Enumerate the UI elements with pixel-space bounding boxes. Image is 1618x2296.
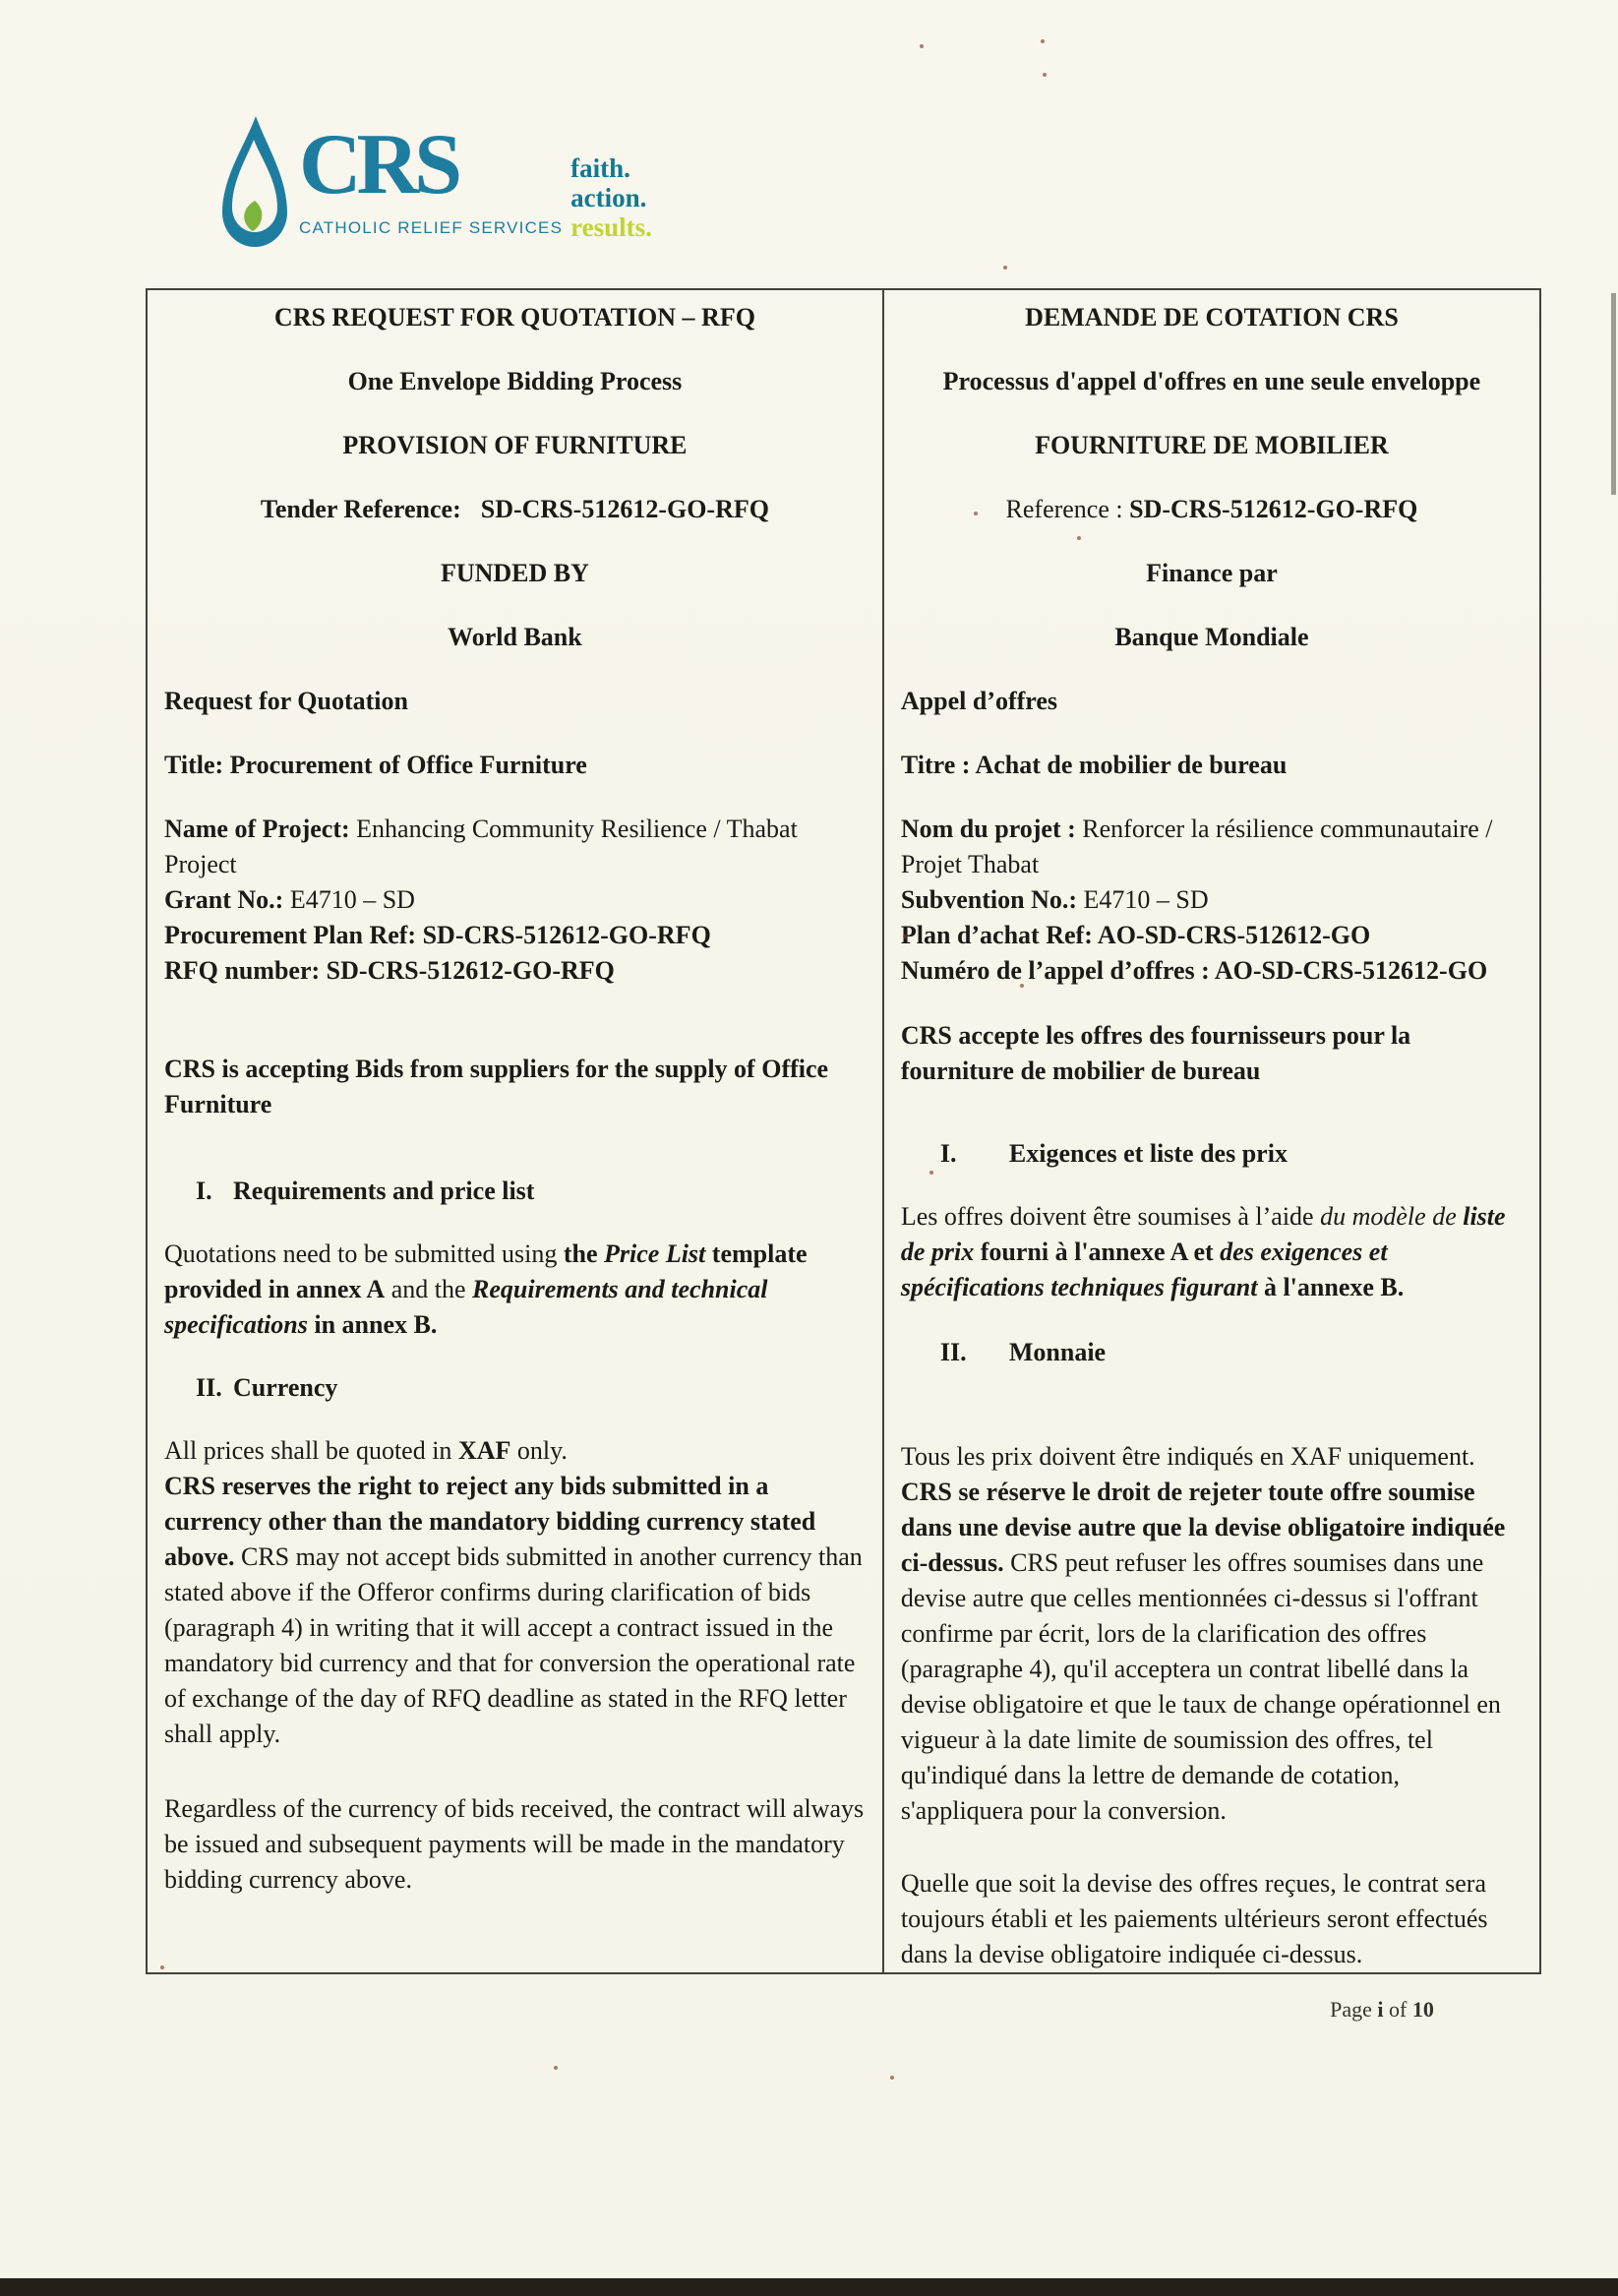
scan-speck (903, 935, 907, 938)
fr-reference-value: SD-CRS-512612-GO-RFQ (1129, 495, 1417, 523)
en-funder: World Bank (164, 620, 866, 655)
en-tender-label: Tender Reference: (261, 495, 461, 523)
crs-wordmark: CRS CATHOLIC RELIEF SERVICES (299, 114, 563, 238)
fr-section2-number: II. (901, 1335, 1009, 1370)
en-project-block: Name of Project: Enhancing Community Res… (164, 812, 866, 989)
crs-logo: CRS CATHOLIC RELIEF SERVICES faith. acti… (216, 114, 652, 265)
fr-process-line: Processus d'appel d'offres en une seule … (901, 364, 1523, 399)
fr-currency-rest: CRS peut refuser les offres soumises dan… (901, 1548, 1501, 1825)
en-section2-heading: II. Currency (164, 1370, 866, 1406)
en-price-r2: only. (510, 1436, 568, 1465)
tagline-faith: faith. (570, 153, 652, 183)
en-process-line: One Envelope Bidding Process (164, 364, 866, 399)
fr-reference-line: Reference : SD-CRS-512612-GO-RFQ (901, 492, 1523, 527)
en-quot-b3: in annex B. (308, 1310, 438, 1339)
fr-quotations-paragraph: Les offres doivent être soumises à l’aid… (901, 1199, 1523, 1305)
tagline-action: action. (570, 183, 652, 212)
rfq-bilingual-table: CRS REQUEST FOR QUOTATION – RFQ One Enve… (146, 288, 1541, 1974)
en-section2-title: Currency (233, 1370, 337, 1406)
fr-quot-r1: Les offres doivent être soumises à l’aid… (901, 1202, 1320, 1231)
en-title-line: Title: Procurement of Office Furniture (164, 748, 866, 783)
en-currency-rest: CRS may not accept bids submitted in ano… (164, 1542, 863, 1748)
tagline-results: results. (570, 212, 652, 242)
fr-price-line: Tous les prix doivent être indiqués en X… (901, 1442, 1475, 1471)
en-tender-value: SD-CRS-512612-GO-RFQ (481, 495, 769, 523)
footer-prefix: Page (1330, 1997, 1377, 2022)
fr-funder: Banque Mondiale (901, 620, 1523, 655)
footer-of: of (1384, 1997, 1412, 2022)
scan-speck (929, 1171, 933, 1175)
en-quot-bi1: Price List (604, 1239, 705, 1268)
en-price-currency: XAF (458, 1436, 510, 1465)
en-grant-label: Grant No.: (164, 885, 283, 914)
fr-section1-heading: I. Exigences et liste des prix (901, 1136, 1523, 1172)
fr-grant-label: Subvention No.: (901, 885, 1077, 914)
fr-quot-i1: du modèle de (1320, 1202, 1463, 1231)
fr-doc-title: DEMANDE DE COTATION CRS (901, 300, 1523, 335)
en-currency-paragraph: All prices shall be quoted in XAF only.C… (164, 1433, 866, 1752)
fr-section2-heading: II. Monnaie (901, 1335, 1523, 1370)
fr-project-block: Nom du projet : Renforcer la résilience … (901, 812, 1523, 989)
fr-reference-label: Reference : (1006, 495, 1130, 523)
en-rfq-heading: Request for Quotation (164, 684, 866, 719)
en-section1-number: I. (164, 1174, 233, 1209)
crs-teardrop-icon (216, 114, 293, 265)
fr-grant-value: E4710 – SD (1077, 885, 1209, 914)
scan-speck (1020, 984, 1024, 988)
scan-speck (1041, 39, 1045, 43)
en-grant-line: Grant No.: E4710 – SD (164, 882, 866, 918)
scanned-document-page: CRS CATHOLIC RELIEF SERVICES faith. acti… (0, 0, 1618, 2296)
en-quotations-paragraph: Quotations need to be submitted using th… (164, 1237, 866, 1343)
fr-grant-line: Subvention No.: E4710 – SD (901, 882, 1523, 918)
en-section1-title: Requirements and price list (233, 1174, 534, 1209)
en-quot-r1: Quotations need to be submitted using (164, 1239, 564, 1268)
en-project-label: Name of Project: (164, 815, 350, 843)
fr-project-label: Nom du projet : (901, 815, 1076, 843)
fr-accepting-line: CRS accepte les offres des fournisseurs … (901, 1018, 1523, 1089)
fr-quot-b2: à l'annexe B. (1257, 1273, 1404, 1301)
fr-quot-b1: fourni à l'annexe A et (974, 1238, 1220, 1266)
en-doc-title: CRS REQUEST FOR QUOTATION – RFQ (164, 300, 866, 335)
fr-section1-title: Exigences et liste des prix (1009, 1136, 1288, 1172)
scan-bottom-edge (0, 2278, 1618, 2296)
en-section1-heading: I. Requirements and price list (164, 1174, 866, 1209)
scan-speck (920, 44, 924, 48)
scan-speck (974, 512, 978, 515)
scan-speck (554, 2066, 558, 2070)
fr-section2-title: Monnaie (1009, 1335, 1106, 1370)
fr-rfq-number-line: Numéro de l’appel d’offres : AO-SD-CRS-5… (901, 953, 1523, 989)
fr-subject-line: FOURNITURE DE MOBILIER (901, 428, 1523, 463)
column-french: DEMANDE DE COTATION CRS Processus d'appe… (882, 290, 1539, 1972)
fr-rfq-heading: Appel d’offres (901, 684, 1523, 719)
scan-speck (1077, 536, 1081, 540)
crs-tagline: faith. action. results. (570, 153, 652, 242)
en-section2-number: II. (164, 1370, 233, 1406)
fr-section1-number: I. (901, 1136, 1009, 1172)
en-accepting-line: CRS is accepting Bids from suppliers for… (164, 1052, 866, 1122)
crs-abbrev: CRS (299, 114, 563, 216)
scan-speck (1003, 266, 1007, 270)
en-regardless-paragraph: Regardless of the currency of bids recei… (164, 1791, 866, 1898)
fr-regardless-paragraph: Quelle que soit la devise des offres reç… (901, 1866, 1523, 1972)
page-number-footer: Page i of 10 (1220, 1997, 1544, 2023)
crs-org-name: CATHOLIC RELIEF SERVICES (299, 218, 563, 238)
en-grant-value: E4710 – SD (283, 885, 415, 914)
fr-title-line: Titre : Achat de mobilier de bureau (901, 748, 1523, 783)
fr-currency-paragraph: Tous les prix doivent être indiqués en X… (901, 1439, 1523, 1829)
scan-speck (160, 1965, 164, 1969)
en-project-line: Name of Project: Enhancing Community Res… (164, 812, 866, 882)
en-quot-b1: the (564, 1239, 604, 1268)
footer-total-pages: 10 (1412, 1997, 1434, 2022)
en-quot-r2: and the (385, 1275, 472, 1303)
fr-plan-line: Plan d’achat Ref: AO-SD-CRS-512612-GO (901, 918, 1523, 953)
fr-project-line: Nom du projet : Renforcer la résilience … (901, 812, 1523, 882)
scan-speck (890, 2076, 894, 2080)
en-price-r1: All prices shall be quoted in (164, 1436, 458, 1465)
scan-right-edge (1611, 293, 1616, 495)
scan-speck (1043, 73, 1047, 77)
en-funded-by: FUNDED BY (164, 556, 866, 591)
fr-funded-by: Finance par (901, 556, 1523, 591)
en-subject-line: PROVISION OF FURNITURE (164, 428, 866, 463)
en-tender-reference: Tender Reference:SD-CRS-512612-GO-RFQ (164, 492, 866, 527)
en-rfq-number-line: RFQ number: SD-CRS-512612-GO-RFQ (164, 953, 866, 989)
en-plan-line: Procurement Plan Ref: SD-CRS-512612-GO-R… (164, 918, 866, 953)
column-english: CRS REQUEST FOR QUOTATION – RFQ One Enve… (148, 290, 882, 1972)
